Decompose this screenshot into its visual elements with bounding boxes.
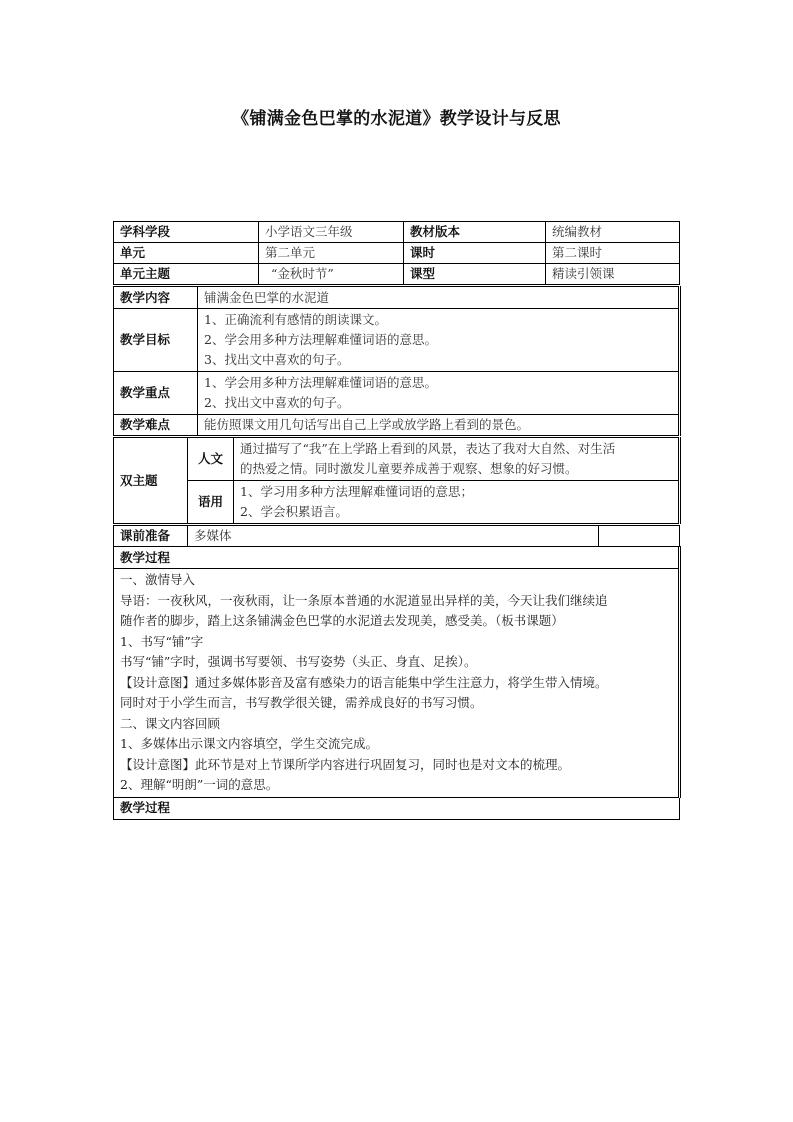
- label-difficulty: 教学难点: [114, 415, 198, 436]
- value-teaching-content: 铺满金色巴掌的水泥道: [198, 287, 680, 309]
- humanities-line: 的热爱之情。同时激发儿童要养成善于观察、想象的好习惯。: [240, 459, 672, 479]
- language-use-line: 1、学习用多种方法理解难懂词语的意思；: [240, 482, 672, 502]
- value-textbook-version: 统编教材: [546, 222, 680, 243]
- label-teaching-goals: 教学目标: [114, 309, 198, 372]
- label-humanities: 人文: [188, 438, 234, 481]
- dual-theme-table: 双主题 人文 通过描写了“我”在上学路上看到的风景，表达了我对大自然、对生活 的…: [113, 437, 681, 524]
- label-subject: 学科学段: [114, 222, 259, 243]
- process-line: 书写“铺”字时，强调书写要领、书写姿势（头正、身直、足挨）。: [120, 652, 672, 673]
- value-lesson-period: 第二课时: [546, 243, 680, 264]
- row-key-points: 教学重点 1、学会用多种方法理解难懂词语的意思。 2、找出文中喜欢的句子。: [114, 372, 680, 415]
- value-preparation: 多媒体: [188, 526, 599, 547]
- value-unit: 第二单元: [259, 243, 404, 264]
- label-preparation: 课前准备: [114, 526, 188, 547]
- empty-cell: [599, 526, 680, 547]
- process-line: 同时对于小学生而言，书写教学很关键，需养成良好的书写习惯。: [120, 693, 672, 714]
- row-humanities: 双主题 人文 通过描写了“我”在上学路上看到的风景，表达了我对大自然、对生活 的…: [114, 438, 680, 481]
- label-dual-theme: 双主题: [114, 438, 188, 524]
- row-teaching-goals: 教学目标 1、正确流利有感情的朗读课文。 2、学会用多种方法理解难懂词语的意思。…: [114, 309, 680, 372]
- key-point-item: 1、学会用多种方法理解难懂词语的意思。: [204, 373, 672, 393]
- goal-item: 1、正确流利有感情的朗读课文。: [204, 310, 672, 330]
- row-teaching-content: 教学内容 铺满金色巴掌的水泥道: [114, 287, 680, 309]
- language-use-text: 1、学习用多种方法理解难懂词语的意思； 2、学会积累语言。: [234, 481, 680, 524]
- info-table: 学科学段 小学语文三年级 教材版本 统编教材 单元 第二单元 课时 第二课时 单…: [113, 221, 680, 285]
- label-unit: 单元: [114, 243, 259, 264]
- info-row-subject: 学科学段 小学语文三年级 教材版本 统编教材: [114, 222, 680, 243]
- teaching-table: 教学内容 铺满金色巴掌的水泥道 教学目标 1、正确流利有感情的朗读课文。 2、学…: [113, 286, 681, 436]
- row-difficulty: 教学难点 能仿照课文用几句话写出自己上学或放学路上看到的景色。: [114, 415, 680, 436]
- label-key-points: 教学重点: [114, 372, 198, 415]
- goal-item: 3、找出文中喜欢的句子。: [204, 350, 672, 370]
- preparation-table: 课前准备 多媒体: [113, 525, 680, 547]
- goal-item: 2、学会用多种方法理解难懂词语的意思。: [204, 330, 672, 350]
- process-line: 【设计意图】此环节是对上节课所学内容进行巩固复习，同时也是对文本的梳理。: [120, 755, 672, 776]
- process-line: 二、课文内容回顾: [120, 714, 672, 735]
- process-line: 【设计意图】通过多媒体影音及富有感染力的语言能集中学生注意力，将学生带入情境。: [120, 673, 672, 694]
- process-line: 一、激情导入: [120, 570, 672, 591]
- key-point-item: 2、找出文中喜欢的句子。: [204, 393, 672, 413]
- label-textbook-version: 教材版本: [404, 222, 546, 243]
- document-title: 《铺满金色巴掌的水泥道》教学设计与反思: [0, 104, 793, 129]
- info-row-unit: 单元 第二单元 课时 第二课时: [114, 243, 680, 264]
- value-difficulty: 能仿照课文用几句话写出自己上学或放学路上看到的景色。: [198, 415, 680, 436]
- humanities-line: 通过描写了“我”在上学路上看到的风景，表达了我对大自然、对生活: [240, 439, 672, 459]
- row-language-use: 语用 1、学习用多种方法理解难懂词语的意思； 2、学会积累语言。: [114, 481, 680, 524]
- label-unit-theme: 单元主题: [114, 264, 259, 285]
- process-line: 1、多媒体出示课文内容填空，学生交流完成。: [120, 734, 672, 755]
- humanities-text: 通过描写了“我”在上学路上看到的风景，表达了我对大自然、对生活 的热爱之情。同时…: [234, 438, 680, 481]
- process-line: 导语：一夜秋风，一夜秋雨，让一条原本普通的水泥道显出异样的美，今天让我们继续追: [120, 591, 672, 612]
- process-line: 2、理解“明朗”一词的意思。: [120, 775, 672, 796]
- teaching-process-body: 一、激情导入 导语：一夜秋风，一夜秋雨，让一条原本普通的水泥道显出异样的美，今天…: [114, 569, 680, 798]
- label-lesson-period: 课时: [404, 243, 546, 264]
- value-unit-theme: “金秋时节”: [259, 264, 404, 285]
- process-table: 教学过程 一、激情导入 导语：一夜秋风，一夜秋雨，让一条原本普通的水泥道显出异样…: [113, 546, 681, 820]
- label-language-use: 语用: [188, 481, 234, 524]
- label-teaching-content: 教学内容: [114, 287, 198, 309]
- row-process-footer: 教学过程: [114, 797, 680, 819]
- row-process-header: 教学过程: [114, 547, 680, 569]
- value-subject: 小学语文三年级: [259, 222, 404, 243]
- language-use-line: 2、学会积累语言。: [240, 502, 672, 522]
- label-teaching-process-footer: 教学过程: [114, 797, 680, 819]
- teaching-goals-list: 1、正确流利有感情的朗读课文。 2、学会用多种方法理解难懂词语的意思。 3、找出…: [198, 309, 680, 372]
- value-lesson-type: 精读引领课: [546, 264, 680, 285]
- row-preparation: 课前准备 多媒体: [114, 526, 680, 547]
- process-line: 随作者的脚步，踏上这条铺满金色巴掌的水泥道去发现美，感受美。（板书课题）: [120, 611, 672, 632]
- key-points-list: 1、学会用多种方法理解难懂词语的意思。 2、找出文中喜欢的句子。: [198, 372, 680, 415]
- label-teaching-process: 教学过程: [114, 547, 680, 569]
- row-process-body: 一、激情导入 导语：一夜秋风，一夜秋雨，让一条原本普通的水泥道显出异样的美，今天…: [114, 569, 680, 798]
- label-lesson-type: 课型: [404, 264, 546, 285]
- info-row-theme: 单元主题 “金秋时节” 课型 精读引领课: [114, 264, 680, 285]
- process-line: 1、书写“铺”字: [120, 632, 672, 653]
